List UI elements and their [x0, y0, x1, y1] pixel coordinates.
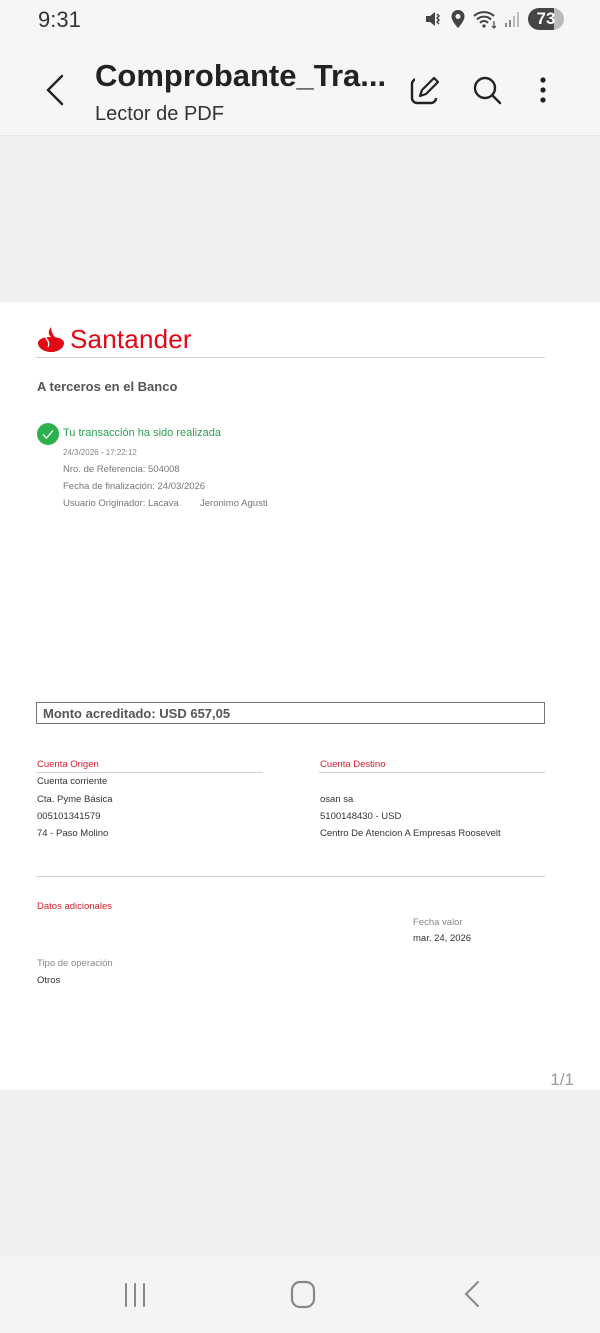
recent-apps-icon[interactable]	[115, 1278, 155, 1312]
wifi-icon	[472, 9, 498, 29]
destination-branch: Centro De Atencion A Empresas Roosevelt	[320, 828, 501, 839]
edit-icon[interactable]	[407, 72, 443, 108]
amount-box: Monto acreditado: USD 657,05	[36, 702, 545, 724]
destination-account-number: 5100148430 - USD	[320, 811, 401, 822]
credited-amount: Monto acreditado: USD 657,05	[43, 706, 230, 721]
more-options-icon[interactable]	[525, 72, 561, 108]
navigation-bar	[0, 1256, 600, 1333]
santander-logo: Santander	[36, 324, 192, 355]
brand-name: Santander	[70, 324, 192, 355]
santander-flame-icon	[36, 326, 66, 354]
home-icon[interactable]	[283, 1278, 323, 1312]
additional-divider	[36, 876, 545, 877]
operation-type-label: Tipo de operación	[37, 958, 113, 969]
status-bar: 9:31 73	[0, 0, 600, 40]
success-message: Tu transacción ha sido realizada	[63, 427, 221, 439]
battery-indicator: 73	[528, 8, 564, 30]
back-icon[interactable]	[452, 1278, 492, 1312]
pdf-viewer[interactable]: Santander A terceros en el Banco Tu tran…	[0, 136, 600, 1256]
value-date-label: Fecha valor	[413, 917, 463, 928]
origin-account-product: Cta. Pyme Básica	[37, 794, 113, 805]
app-bar: Comprobante_Tra... Lector de PDF	[0, 40, 600, 136]
origin-branch: 74 - Paso Molino	[37, 828, 108, 839]
back-arrow-icon[interactable]	[40, 70, 72, 110]
origin-divider	[36, 772, 263, 773]
status-time: 9:31	[38, 7, 81, 33]
signal-icon	[504, 9, 522, 29]
status-icons: 73	[424, 8, 564, 30]
operation-type: Otros	[37, 975, 60, 986]
location-icon	[450, 9, 466, 29]
app-subtitle: Lector de PDF	[95, 103, 224, 126]
originator-name: Jeronimo Agusti	[200, 498, 268, 509]
search-icon[interactable]	[469, 72, 505, 108]
pdf-page: Santander A terceros en el Banco Tu tran…	[0, 302, 600, 1090]
origin-account-title: Cuenta Origen	[37, 759, 99, 770]
transfer-type-title: A terceros en el Banco	[37, 379, 177, 394]
additional-data-title: Datos adicionales	[37, 901, 112, 912]
originator-user: Usuario Originador: Lacava	[63, 498, 179, 509]
destination-holder: osan sa	[320, 794, 353, 805]
document-title: Comprobante_Tra...	[95, 58, 386, 94]
header-divider	[36, 357, 545, 358]
finalization-date: Fecha de finalización: 24/03/2026	[63, 481, 205, 492]
origin-account-type: Cuenta corriente	[37, 776, 107, 787]
destination-account-title: Cuenta Destino	[320, 759, 385, 770]
success-check-icon	[37, 423, 59, 445]
destination-divider	[319, 772, 545, 773]
transaction-datetime-text: 24/3/2026 - 17:22:12	[63, 448, 137, 457]
mute-icon	[424, 9, 444, 29]
page-indicator: 1/1	[550, 1070, 574, 1090]
reference-number: Nro. de Referencia: 504008	[63, 464, 180, 475]
origin-account-number: 005101341579	[37, 811, 100, 822]
value-date: mar. 24, 2026	[413, 933, 471, 944]
